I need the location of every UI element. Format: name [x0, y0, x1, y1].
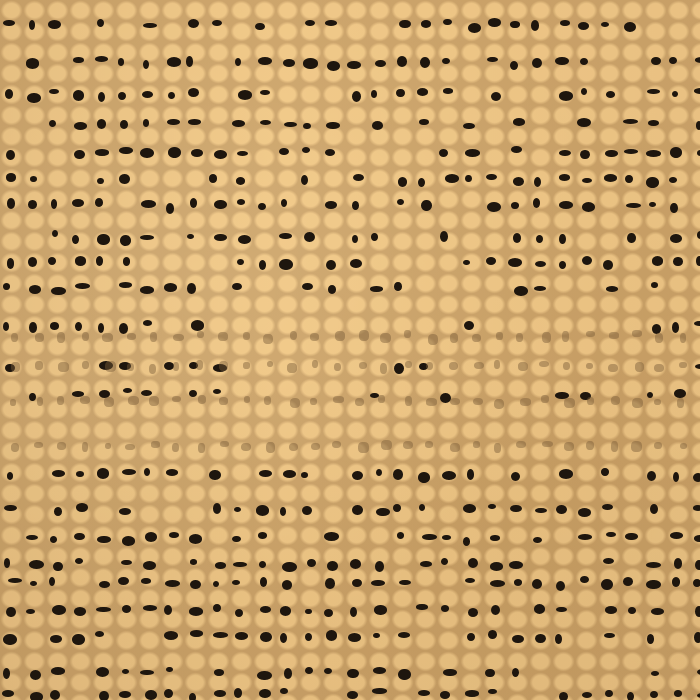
dark-dot [669, 57, 677, 64]
ghost-dot [128, 396, 139, 405]
ghost-dot [333, 396, 343, 403]
dark-dot [6, 150, 15, 160]
dark-dot [627, 692, 634, 700]
dark-dot [324, 609, 333, 617]
dark-dot [303, 58, 318, 68]
ghost-dot [11, 443, 19, 452]
dark-dot [3, 283, 10, 289]
ghost-dot [173, 334, 183, 342]
ghost-dot [219, 397, 228, 405]
ghost-dot [125, 444, 135, 451]
dark-dot [398, 177, 408, 187]
ghost-dot [428, 334, 438, 345]
dark-dot [416, 604, 427, 609]
dark-dot [347, 669, 358, 679]
dark-dot [49, 120, 56, 127]
ghost-dot [516, 441, 525, 449]
ghost-dot [173, 362, 179, 371]
dark-dot [372, 688, 387, 694]
dark-dot [559, 150, 571, 156]
dark-dot [604, 633, 615, 639]
dark-dot [189, 693, 195, 700]
dark-dot [96, 607, 111, 612]
dark-dot [419, 119, 428, 125]
ghost-dot [102, 333, 112, 342]
ghost-dot [219, 361, 228, 371]
dark-dot [140, 235, 154, 240]
dark-dot [166, 469, 178, 476]
dark-dot [325, 578, 335, 588]
dark-dot [514, 579, 523, 586]
dark-dot [165, 580, 180, 587]
ghost-dot [196, 360, 204, 370]
dark-dot [51, 667, 66, 675]
dark-dot [164, 605, 172, 615]
ghost-dot [608, 364, 618, 373]
dark-dot [646, 562, 661, 568]
dark-dot [50, 536, 57, 543]
dark-dot [374, 605, 386, 614]
dark-dot [535, 261, 546, 267]
ghost-dot [473, 441, 479, 448]
ghost-dot [632, 330, 642, 337]
dark-dot [233, 562, 246, 567]
dark-dot [393, 504, 401, 512]
dark-dot [488, 504, 496, 509]
ghost-dot [632, 398, 643, 408]
ghost-dot [58, 362, 69, 371]
dark-dot [485, 669, 494, 677]
dark-dot [122, 536, 135, 546]
dark-dot [324, 668, 332, 674]
ghost-dot [564, 442, 574, 451]
ghost-dot [311, 443, 320, 451]
ghost-dot [679, 362, 687, 369]
dark-dot [418, 472, 430, 483]
dark-dot [237, 259, 244, 265]
dark-dot [76, 471, 84, 477]
dark-dot [95, 198, 103, 207]
dark-dot [670, 147, 682, 158]
dark-dot [215, 562, 226, 568]
ghost-dot [57, 396, 64, 405]
dark-dot [578, 534, 592, 540]
dark-dot [511, 146, 522, 152]
ghost-dot [263, 334, 272, 344]
dark-dot [580, 150, 589, 159]
dark-dot [26, 58, 39, 68]
dark-dot [164, 631, 178, 640]
dark-dot [6, 173, 16, 181]
dark-dot [280, 688, 287, 694]
dark-dot [3, 322, 9, 330]
ghost-dot [172, 396, 181, 403]
dark-dot [143, 60, 149, 70]
dark-dot [649, 202, 656, 207]
ghost-dot [243, 362, 250, 369]
dark-dot [238, 235, 251, 244]
dark-dot [164, 689, 173, 698]
dark-dot [445, 174, 460, 183]
dark-dot [532, 58, 542, 68]
dark-dot [605, 606, 617, 614]
dark-dot [236, 177, 245, 184]
dark-dot [30, 670, 41, 680]
dark-dot [651, 671, 659, 676]
dark-dot [256, 505, 269, 515]
dark-dot [674, 389, 686, 399]
ghost-dot [449, 362, 458, 370]
dark-dot [213, 604, 221, 612]
ghost-dot [105, 443, 111, 449]
dark-dot [190, 198, 197, 207]
dark-dot [694, 321, 700, 327]
ghost-dot [654, 399, 661, 405]
dark-dot [97, 536, 110, 543]
dark-dot [650, 691, 658, 698]
dark-dot [119, 508, 131, 515]
ghost-dot [198, 395, 206, 404]
dark-dot [234, 688, 242, 697]
dark-dot [440, 393, 451, 403]
dark-dot [188, 19, 199, 28]
dark-dot [28, 257, 37, 267]
dark-dot [214, 690, 226, 698]
dark-dot [214, 200, 226, 209]
ghost-dot [635, 362, 645, 372]
dark-dot [559, 261, 566, 269]
dark-dot [350, 259, 362, 269]
dark-dot [167, 119, 179, 125]
ghost-dot [35, 361, 43, 370]
ghost-dot [334, 363, 341, 371]
dark-dot [166, 203, 174, 214]
dark-dot [167, 57, 181, 66]
dark-dot [75, 256, 86, 265]
dark-dot [670, 532, 683, 539]
dark-dot [443, 669, 456, 677]
ghost-dot [172, 443, 179, 452]
ghost-dot [405, 361, 412, 369]
dark-dot [555, 634, 562, 644]
dark-dot [123, 257, 130, 265]
dark-dot [532, 579, 542, 589]
dark-dot [3, 20, 14, 26]
dark-dot [188, 119, 201, 124]
dark-dot [694, 88, 700, 94]
dark-dot [72, 235, 78, 244]
dark-dot [119, 147, 132, 154]
ghost-dot [359, 330, 369, 341]
ghost-dot [149, 364, 156, 374]
dark-dot [280, 606, 291, 615]
dark-dot [513, 118, 525, 125]
dark-dot [73, 90, 84, 101]
ghost-dot [631, 441, 642, 452]
ghost-dot [241, 443, 251, 451]
dark-dot [487, 57, 498, 62]
dark-dot [6, 607, 16, 617]
dark-dot [648, 120, 659, 126]
dark-dot [513, 177, 525, 186]
dark-dot [189, 534, 202, 543]
dark-dot [674, 558, 682, 568]
dark-dot [8, 578, 23, 583]
dark-dot [695, 560, 700, 570]
ghost-dot [220, 441, 229, 447]
dark-dot [29, 322, 37, 333]
dark-dot [510, 61, 518, 70]
ghost-dot [151, 441, 160, 447]
ghost-dot [82, 361, 89, 369]
dark-dot [490, 535, 499, 540]
dark-dot [371, 233, 378, 241]
dark-dot [190, 559, 198, 564]
dark-dot [443, 88, 453, 93]
dark-dot [259, 561, 266, 568]
dark-dot [141, 578, 152, 583]
ghost-dot [82, 442, 88, 452]
ghost-dot [562, 331, 569, 341]
ghost-dot [496, 332, 502, 340]
dark-dot [646, 177, 659, 188]
dark-dot [670, 234, 682, 243]
dark-dot [488, 18, 501, 27]
ghost-dot [198, 443, 205, 453]
dark-dot [214, 669, 224, 676]
dark-dot [52, 605, 66, 615]
dark-dot [143, 320, 152, 326]
dark-dot [627, 233, 635, 243]
dark-dot [53, 562, 62, 572]
ghost-dot [243, 332, 250, 340]
dark-dot [487, 202, 501, 212]
dark-dot [674, 690, 682, 696]
dark-dot [305, 609, 311, 615]
dark-dot [302, 147, 310, 153]
dark-dot [397, 56, 407, 66]
dark-dot [647, 89, 659, 94]
ghost-dot [586, 331, 595, 337]
ghost-dot [654, 442, 662, 450]
lighting-shade [0, 0, 700, 700]
dark-dot [694, 535, 700, 541]
dark-dot [29, 560, 44, 569]
dark-dot [606, 286, 618, 292]
dark-dot [279, 233, 292, 239]
dark-dot [398, 669, 410, 680]
dark-dot [4, 558, 10, 568]
ghost-dot [267, 361, 273, 368]
dark-dot [122, 605, 132, 613]
dark-dot [669, 177, 677, 183]
dark-dot [581, 88, 587, 95]
dark-dot [442, 58, 450, 64]
dark-dot [511, 472, 520, 481]
dark-dot [465, 690, 480, 697]
dark-dot [26, 609, 35, 614]
dark-dot [601, 22, 609, 27]
dark-dot [258, 57, 272, 65]
dark-dot [490, 580, 505, 587]
dark-dot [560, 20, 570, 26]
dark-dot [352, 471, 363, 480]
dark-dot [396, 89, 404, 97]
dark-dot [26, 535, 38, 540]
dark-dot [187, 234, 194, 239]
dark-dot [52, 470, 65, 477]
dark-dot [7, 472, 13, 480]
dark-dot [442, 471, 456, 480]
dark-dot [488, 630, 497, 639]
ghost-dot [542, 441, 553, 448]
ghost-dot [359, 362, 367, 370]
dark-dot [187, 283, 196, 293]
dark-dot [189, 607, 203, 616]
dark-dot [282, 562, 297, 572]
dark-dot [559, 91, 574, 101]
dark-dot [120, 120, 128, 129]
dark-dot [237, 199, 245, 205]
dark-dot [397, 532, 404, 538]
ghost-dot [541, 395, 549, 403]
dark-dot [168, 147, 181, 158]
dark-dot [672, 577, 680, 586]
dark-dot [513, 233, 521, 243]
dark-dot [604, 174, 617, 182]
ghost-dot [127, 363, 134, 371]
dark-dot [238, 90, 252, 100]
dark-dot [467, 469, 474, 479]
dark-dot [441, 605, 449, 611]
dark-dot [307, 559, 316, 567]
dark-dot [606, 91, 615, 98]
dark-dot [118, 577, 129, 585]
dark-dot [623, 577, 633, 586]
ghost-dot [611, 441, 618, 451]
ghost-dot [518, 362, 528, 371]
dark-dot [72, 634, 84, 645]
ghost-dot [82, 332, 89, 342]
dark-dot [602, 504, 613, 510]
dark-dot [97, 234, 109, 244]
dark-dot [535, 634, 546, 643]
ghost-dot [586, 363, 593, 369]
dark-dot [95, 149, 109, 155]
dark-dot [348, 633, 361, 642]
dark-dot [73, 57, 83, 62]
dark-dot [488, 689, 496, 694]
dark-dot [372, 121, 383, 130]
dark-dot [673, 472, 679, 483]
dark-dot [209, 470, 221, 481]
dark-dot [75, 558, 83, 564]
dark-dot [213, 632, 227, 638]
dark-dot [399, 580, 411, 586]
ghost-dot [80, 396, 90, 403]
ghost-dot [403, 441, 413, 449]
dark-dot [559, 201, 573, 209]
dark-dot [420, 57, 430, 68]
dark-dot [29, 393, 36, 402]
dark-dot [118, 58, 125, 65]
dark-dot [301, 472, 308, 478]
dark-dot [440, 691, 450, 698]
ghost-dot [494, 399, 504, 409]
dark-dot [673, 257, 682, 266]
ghost-dot [380, 333, 390, 343]
ghost-dot [381, 440, 392, 450]
dark-dot [143, 561, 156, 570]
dark-dot [5, 89, 13, 98]
dark-dot [352, 91, 361, 102]
ghost-dot [611, 396, 620, 405]
dark-dot [99, 691, 108, 700]
dark-dot [4, 505, 17, 512]
dark-dot [260, 606, 271, 613]
dark-dot [259, 470, 272, 477]
dark-dot [370, 286, 382, 291]
ghost-dot [332, 441, 341, 448]
dark-dot [302, 506, 311, 515]
dark-dot [468, 558, 478, 568]
dark-dot [209, 174, 217, 183]
dark-dot [463, 504, 475, 513]
dark-dot [327, 561, 338, 571]
dark-dot [422, 534, 437, 541]
ghost-dot [105, 361, 116, 372]
dark-dot [97, 119, 106, 128]
ghost-dot [425, 441, 433, 448]
dark-dot [350, 559, 361, 569]
dark-dot [186, 56, 193, 66]
dark-dot [260, 577, 267, 586]
ghost-dot [290, 398, 301, 408]
ghost-dot [310, 398, 316, 405]
dark-dot [605, 690, 613, 697]
dark-dot [510, 505, 522, 512]
dark-dot [99, 581, 111, 588]
dark-dot [443, 19, 451, 25]
ghost-dot [654, 364, 664, 372]
ghost-dot [474, 362, 484, 370]
ghost-dot [586, 441, 594, 450]
dark-dot [258, 203, 266, 210]
dark-dot [394, 282, 401, 290]
dark-dot [693, 505, 700, 510]
dark-dot [468, 23, 481, 33]
ghost-dot [680, 333, 686, 343]
dark-dot [49, 89, 59, 95]
dark-dot [578, 508, 591, 517]
dark-dot [232, 580, 240, 585]
rug-texture-photo [0, 0, 700, 700]
ghost-dot [587, 397, 594, 405]
ghost-dot [310, 333, 320, 340]
ghost-dot [426, 398, 437, 405]
dark-dot [97, 178, 104, 185]
ghost-dot [266, 442, 275, 453]
dark-dot [373, 633, 380, 638]
ghost-dot [104, 397, 114, 407]
ghost-dot [450, 333, 459, 343]
ghost-dot [127, 333, 136, 340]
dark-dot [605, 150, 617, 157]
dark-dot [626, 203, 641, 208]
dark-dot [646, 150, 661, 157]
dark-dot [48, 257, 56, 265]
dark-dot [650, 504, 658, 514]
